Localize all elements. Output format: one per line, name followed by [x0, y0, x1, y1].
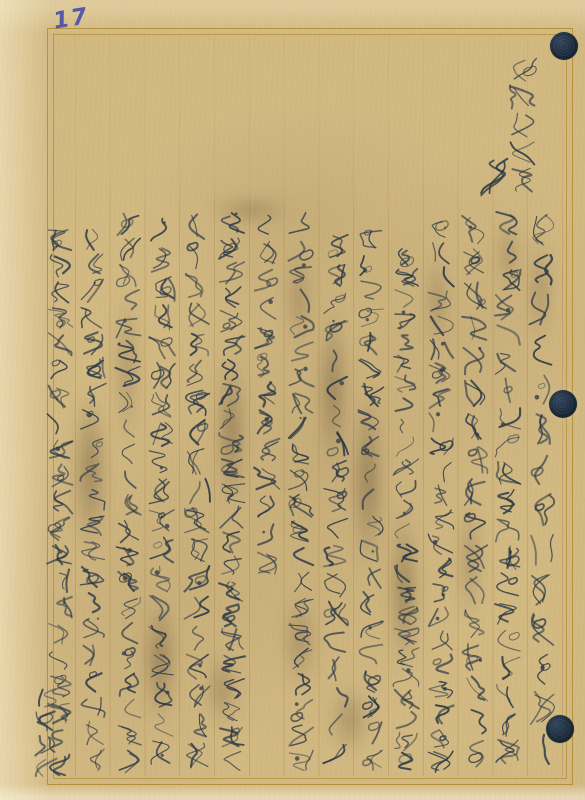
binding-dot-bottom	[546, 715, 574, 743]
scanned-diary-page: 17	[0, 0, 585, 800]
handwriting-column-9	[254, 215, 280, 574]
handwriting-layer	[0, 0, 585, 800]
handwriting-column-6	[358, 230, 383, 770]
handwriting-column-11	[184, 214, 210, 768]
handwriting-column-12	[149, 219, 175, 765]
handwriting-column-10	[219, 212, 245, 770]
binding-dot-middle	[549, 390, 577, 418]
handwriting-column-3	[462, 216, 488, 767]
handwriting-column-2	[495, 212, 520, 763]
weather-mark	[481, 159, 507, 195]
binding-dot-top	[550, 32, 578, 60]
handwriting-column-14	[80, 229, 106, 770]
handwriting-column-5	[393, 249, 419, 770]
handwriting-column-15	[47, 230, 73, 775]
handwriting-column-13	[116, 214, 141, 773]
handwriting-column-7	[323, 235, 348, 764]
handwriting-column-4	[428, 221, 453, 772]
date-column	[510, 59, 537, 192]
handwriting-column-1	[529, 215, 554, 764]
handwriting-column-8	[289, 213, 314, 771]
